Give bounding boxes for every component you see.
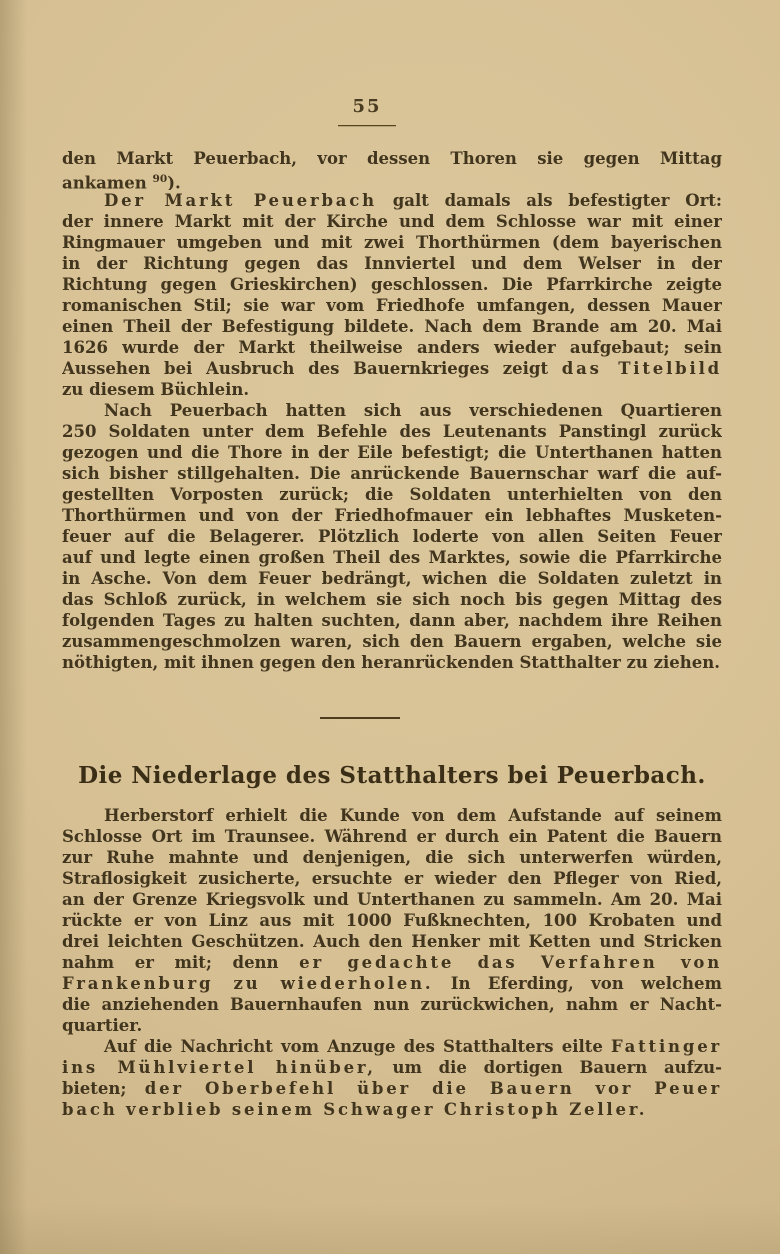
- letterspaced-text: bach verblieb seinem Schwager Christoph …: [62, 1100, 647, 1119]
- text-segment: Thorthürmen und von der Friedhofmauer ei…: [62, 506, 722, 525]
- paragraph: den Markt Peuerbach, vor dessen Thoren s…: [62, 148, 722, 190]
- text-segment: in der Richtung gegen das Innviertel und…: [62, 254, 722, 273]
- text-line: bach verblieb seinem Schwager Christoph …: [62, 1099, 722, 1120]
- text-line: an der Grenze Kriegsvolk und Unterthanen…: [62, 889, 722, 910]
- text-segment: romanischen Stil; sie war vom Friedhofe …: [62, 296, 722, 315]
- text-segment: rückte er von Linz aus mit 1000 Fußknech…: [62, 911, 722, 930]
- text-segment: ankamen: [62, 174, 153, 191]
- text-line: einen Theil der Befestigung bildete. Nac…: [62, 316, 722, 337]
- letterspaced-text: das Titelbild: [562, 359, 722, 378]
- body-text-upper: den Markt Peuerbach, vor dessen Thoren s…: [62, 148, 722, 673]
- text-segment: um die dortigen Bauern aufzu-: [376, 1058, 722, 1077]
- text-line: die anziehenden Bauernhaufen nun zurückw…: [62, 994, 722, 1015]
- text-segment: gezogen und die Thore in der Eile befest…: [62, 443, 722, 462]
- text-line: ins Mühlviertel hinüber, um die dortigen…: [62, 1057, 722, 1078]
- section-divider: [320, 717, 400, 719]
- text-line: romanischen Stil; sie war vom Friedhofe …: [62, 295, 722, 316]
- letterspaced-text: Frankenburg zu wiederholen.: [62, 974, 433, 993]
- text-line: gestellten Vorposten zurück; die Soldate…: [62, 484, 722, 505]
- text-segment: Schlosse Ort im Traunsee. Während er dur…: [62, 827, 722, 846]
- text-segment: In Eferding, von welchem: [433, 974, 722, 993]
- text-segment: den Markt Peuerbach, vor dessen Thoren s…: [62, 149, 722, 168]
- text-line: Schlosse Ort im Traunsee. Während er dur…: [62, 826, 722, 847]
- text-segment: galt damals als befestigter Ort:: [377, 191, 722, 210]
- text-line: drei leichten Geschützen. Auch den Henke…: [62, 931, 722, 952]
- text-line: 250 Soldaten unter dem Befehle des Leute…: [62, 421, 722, 442]
- text-line: bieten; der Oberbefehl über die Bauern v…: [62, 1078, 722, 1099]
- text-segment: Ringmauer umgeben und mit zwei Thorthürm…: [62, 233, 722, 252]
- text-segment: 250 Soldaten unter dem Befehle des Leute…: [62, 422, 722, 441]
- footnote-superscript: 90: [153, 173, 168, 185]
- text-segment: einen Theil der Befestigung bildete. Nac…: [62, 317, 722, 336]
- paragraph: Nach Peuerbach hatten sich aus verschied…: [62, 400, 722, 673]
- text-line: Frankenburg zu wiederholen. In Eferding,…: [62, 973, 722, 994]
- letterspaced-text: er gedachte das Verfahren von: [299, 953, 722, 972]
- page-number-block: 55: [327, 96, 407, 126]
- text-line: nöthigten, mit ihnen gegen den heranrück…: [62, 652, 722, 673]
- text-segment: Aussehen bei Ausbruch des Bauernkrieges …: [62, 359, 562, 378]
- text-line: feuer auf die Belagerer. Plötzlich loder…: [62, 526, 722, 547]
- text-segment: Richtung gegen Grieskirchen) geschlossen…: [62, 275, 722, 294]
- text-line: Ringmauer umgeben und mit zwei Thorthürm…: [62, 232, 722, 253]
- text-line: Nach Peuerbach hatten sich aus verschied…: [62, 400, 722, 421]
- text-segment: Auf die Nachricht vom Anzuge des Stattha…: [104, 1037, 611, 1056]
- paragraph: Herberstorf erhielt die Kunde von dem Au…: [62, 805, 722, 1036]
- text-line: Thorthürmen und von der Friedhofmauer ei…: [62, 505, 722, 526]
- text-line: Auf die Nachricht vom Anzuge des Stattha…: [62, 1036, 722, 1057]
- text-segment: an der Grenze Kriegsvolk und Unterthanen…: [62, 890, 722, 909]
- text-line: 1626 wurde der Markt theilweise anders w…: [62, 337, 722, 358]
- text-line: der innere Markt mit der Kirche und dem …: [62, 211, 722, 232]
- text-segment: zu diesem Büchlein.: [62, 380, 249, 399]
- text-segment: Straflosigkeit zusicherte, ersuchte er w…: [62, 869, 722, 888]
- text-segment: die anziehenden Bauernhaufen nun zurückw…: [62, 995, 722, 1014]
- text-line: zusammengeschmolzen waren, sich den Baue…: [62, 631, 722, 652]
- text-block: den Markt Peuerbach, vor dessen Thoren s…: [62, 148, 722, 1120]
- text-line: Aussehen bei Ausbruch des Bauernkrieges …: [62, 358, 722, 379]
- text-segment: quartier.: [62, 1016, 142, 1035]
- text-segment: ).: [167, 174, 181, 191]
- text-segment: folgenden Tages zu halten suchten, dann …: [62, 611, 722, 630]
- text-line: zur Ruhe mahnte und denjenigen, die sich…: [62, 847, 722, 868]
- letterspaced-text: Fattinger: [611, 1037, 722, 1056]
- text-line: Richtung gegen Grieskirchen) geschlossen…: [62, 274, 722, 295]
- text-segment: nöthigten, mit ihnen gegen den heranrück…: [62, 653, 720, 672]
- letterspaced-text: ins Mühlviertel hinüber,: [62, 1058, 376, 1077]
- text-segment: 1626 wurde der Markt theilweise anders w…: [62, 338, 722, 357]
- text-line: in der Richtung gegen das Innviertel und…: [62, 253, 722, 274]
- text-line: das Schloß zurück, in welchem sie sich n…: [62, 589, 722, 610]
- paragraph: Der Markt Peuerbach galt damals als befe…: [62, 190, 722, 400]
- book-page: 55 den Markt Peuerbach, vor dessen Thore…: [0, 0, 780, 1254]
- text-segment: nahm er mit; denn: [62, 953, 299, 972]
- text-segment: bieten;: [62, 1079, 145, 1098]
- text-line: den Markt Peuerbach, vor dessen Thoren s…: [62, 148, 722, 169]
- text-segment: zur Ruhe mahnte und denjenigen, die sich…: [62, 848, 722, 867]
- page-number-rule: [338, 125, 396, 126]
- text-line: in Asche. Von dem Feuer bedrängt, wichen…: [62, 568, 722, 589]
- text-segment: in Asche. Von dem Feuer bedrängt, wichen…: [62, 569, 722, 588]
- text-segment: Nach Peuerbach hatten sich aus verschied…: [104, 401, 722, 420]
- letterspaced-text: Der Markt Peuerbach: [104, 191, 377, 210]
- text-line: rückte er von Linz aus mit 1000 Fußknech…: [62, 910, 722, 931]
- text-segment: das Schloß zurück, in welchem sie sich n…: [62, 590, 722, 609]
- text-segment: auf und legte einen großen Theil des Mar…: [62, 548, 722, 567]
- text-line: nahm er mit; denn er gedachte das Verfah…: [62, 952, 722, 973]
- page-number: 55: [327, 96, 407, 117]
- text-line: folgenden Tages zu halten suchten, dann …: [62, 610, 722, 631]
- text-line: zu diesem Büchlein.: [62, 379, 722, 400]
- text-line: Herberstorf erhielt die Kunde von dem Au…: [62, 805, 722, 826]
- text-segment: der innere Markt mit der Kirche und dem …: [62, 212, 722, 231]
- text-segment: drei leichten Geschützen. Auch den Henke…: [62, 932, 722, 951]
- paragraph: Auf die Nachricht vom Anzuge des Stattha…: [62, 1036, 722, 1120]
- body-text-lower: Herberstorf erhielt die Kunde von dem Au…: [62, 805, 722, 1120]
- text-line: ankamen 90).: [62, 169, 722, 190]
- section-heading: Die Niederlage des Statthalters bei Peue…: [62, 761, 722, 791]
- text-segment: zusammengeschmolzen waren, sich den Baue…: [62, 632, 722, 651]
- text-segment: Herberstorf erhielt die Kunde von dem Au…: [104, 806, 722, 825]
- text-line: Der Markt Peuerbach galt damals als befe…: [62, 190, 722, 211]
- text-segment: sich bisher stillgehalten. Die anrückend…: [62, 464, 722, 483]
- text-segment: feuer auf die Belagerer. Plötzlich loder…: [62, 527, 722, 546]
- text-line: sich bisher stillgehalten. Die anrückend…: [62, 463, 722, 484]
- text-line: quartier.: [62, 1015, 722, 1036]
- text-segment: gestellten Vorposten zurück; die Soldate…: [62, 485, 722, 504]
- text-line: Straflosigkeit zusicherte, ersuchte er w…: [62, 868, 722, 889]
- text-line: gezogen und die Thore in der Eile befest…: [62, 442, 722, 463]
- letterspaced-text: der Oberbefehl über die Bauern vor Peuer: [145, 1079, 722, 1098]
- text-line: auf und legte einen großen Theil des Mar…: [62, 547, 722, 568]
